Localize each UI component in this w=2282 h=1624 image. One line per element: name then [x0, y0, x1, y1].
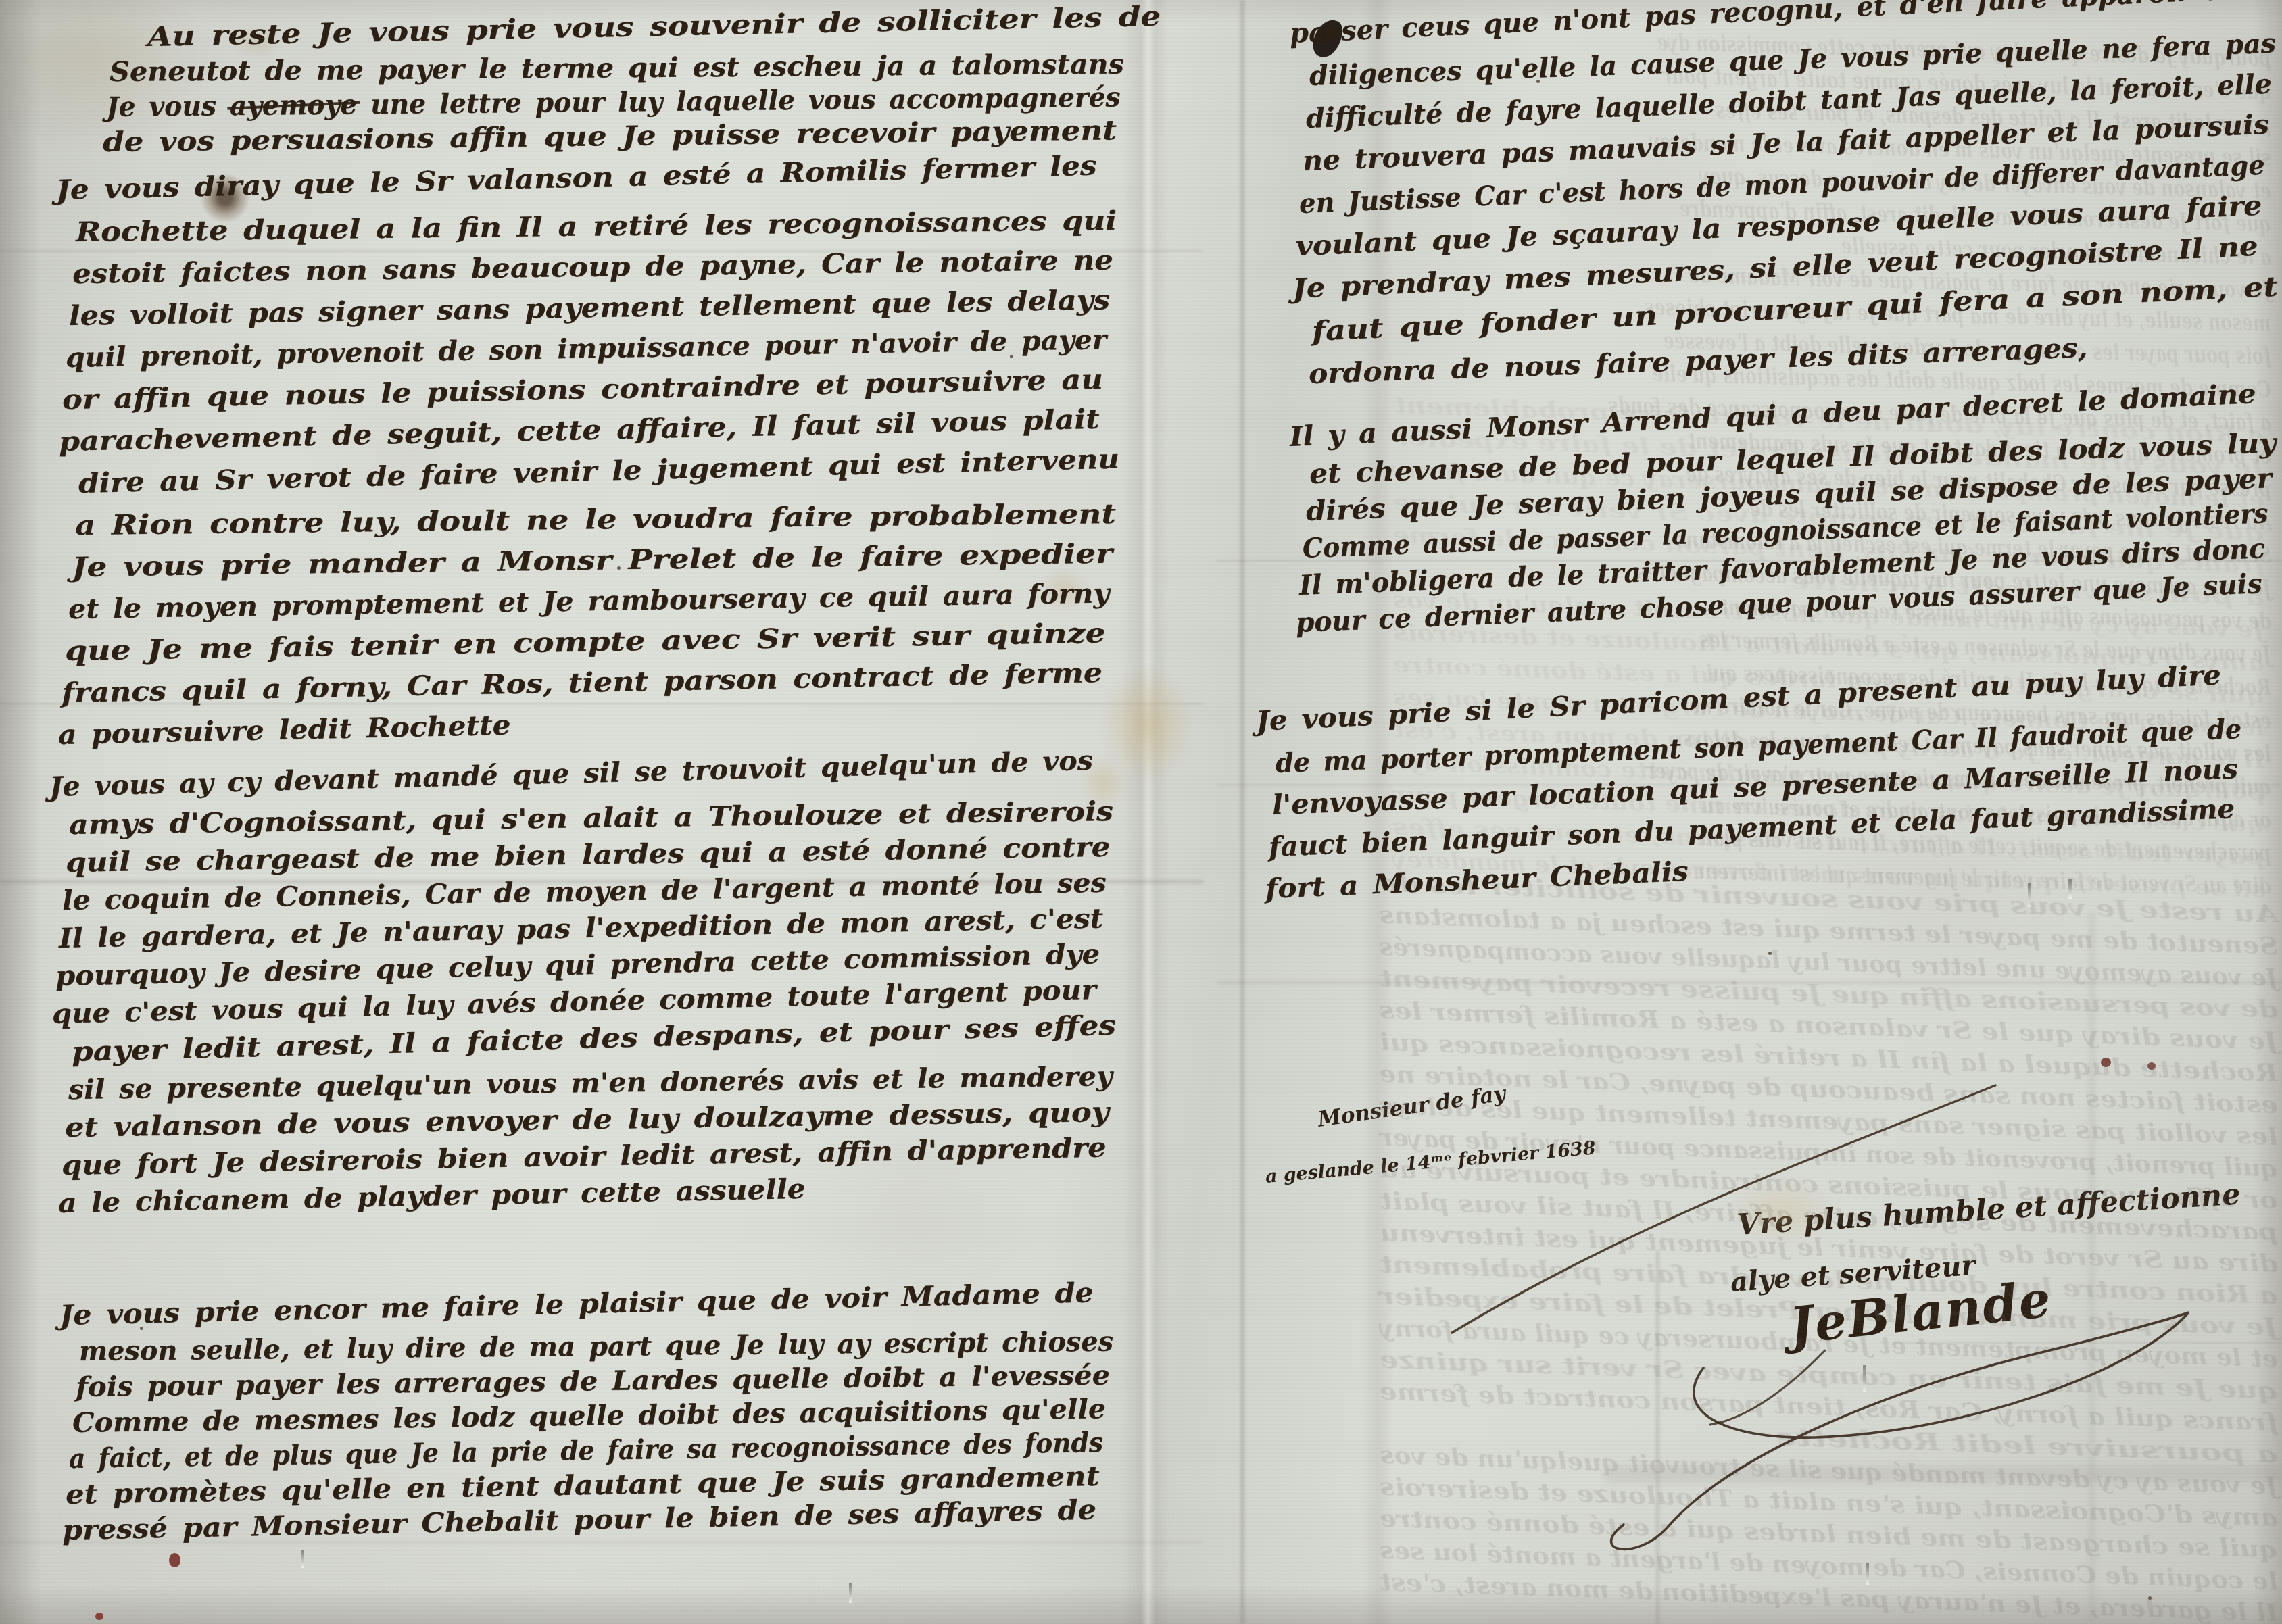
- bleedthrough-text: amys d'Cognoissant, qui s'en alait a Tho…: [1392, 621, 2265, 674]
- paper-slit: [1863, 1365, 1866, 1392]
- signature-flourish: [0, 0, 2282, 1624]
- bleedthrough-text: de vos persuasions affin que Je puisse r…: [1720, 596, 2272, 633]
- bleedthrough-text: Je vous prie mander a Monsr Prelet de le…: [1393, 426, 2265, 480]
- manuscript-line: dire au Sr verot de faire venir le jugem…: [78, 445, 1120, 497]
- manuscript-line: les volloit pas signer sans payement tel…: [69, 287, 1111, 330]
- bleedthrough-text: dire au Sr verot de faire venir le jugem…: [1693, 860, 2272, 898]
- red-ink-spot: [95, 1613, 103, 1620]
- ink-speck: [1010, 355, 1013, 358]
- fold-crease-horizontal: [0, 1541, 1203, 1544]
- paper-edge-bottom: [0, 1587, 2282, 1624]
- fold-crease-horizontal: [0, 880, 1203, 883]
- valediction-line-1: Vre plus humble et affectionne: [1737, 1181, 2241, 1240]
- manuscript-line: Comme aussi de passer la recognoissance …: [1302, 500, 2268, 562]
- manuscript-line: quil prenoit, provenoit de son impuissan…: [66, 326, 1107, 372]
- manuscript-line: ne trouvera pas mauvais si Je la fait ap…: [1302, 112, 2269, 175]
- manuscript-line: que c'est vous qui la luy avés donée com…: [52, 977, 1097, 1028]
- bleedthrough-text: pourquoy Je desire que celuy qui prendra…: [1393, 751, 2265, 804]
- bleedthrough-text: a le chicanem de playder pour cette assu…: [1841, 235, 2271, 269]
- manuscript-line: pressé par Monsieur Chebalit pour le bie…: [62, 1497, 1097, 1544]
- bleedthrough-text: et valanson de vous envoyer de luy doulz…: [1699, 165, 2271, 203]
- bleedthrough-text: que Je me fais tenir en compte avec Sr v…: [1379, 1348, 2278, 1403]
- manuscript-line: Rochette duquel a la fin Il a retiré les…: [76, 207, 1117, 246]
- ink-speck: [2148, 1596, 2152, 1600]
- fold-crease-vertical: [2089, 912, 2095, 1624]
- manuscript-line: sil se presente quelqu'un vous m'en done…: [68, 1063, 1113, 1104]
- paper-edge-top: [0, 0, 2282, 23]
- address-line: Monsieur de fay: [1317, 1083, 1507, 1131]
- fold-crease-vertical: [1656, 1250, 1659, 1624]
- bleedthrough-text: que fort Je desirerois bien avoir ledit …: [1679, 197, 2271, 236]
- manuscript-line: a Rion contre luy, doult ne le voudra fa…: [75, 501, 1116, 539]
- manuscript-line: Je vous prie encor me faire le plaisir q…: [59, 1279, 1094, 1329]
- bleedthrough-text: sil se presente quelqu'un vous m'en done…: [1650, 130, 2272, 170]
- bleedthrough-text: et promètes qu'elle en tient dautant que…: [1687, 429, 2271, 468]
- manuscript-line: et promètes qu'elle en tient dautant que…: [66, 1463, 1100, 1508]
- manuscript-line: Il le gardera, et Je n'auray pas l'exped…: [59, 905, 1104, 952]
- bleedthrough-text: le coquin de Conneis, Car de moyen de l'…: [1393, 686, 2265, 739]
- manuscript-line: Au reste Je vous prie vous souvenir de s…: [147, 3, 1161, 51]
- bleedthrough-text: francs quil a forny, Car Ros, tient pars…: [1379, 1379, 2278, 1435]
- paper-edge-left: [0, 0, 41, 1624]
- stain: [1080, 756, 1127, 810]
- bleedthrough-text: estoit faictes non sans beaucoup de payn…: [1379, 1062, 2279, 1117]
- manuscript-line: a poursuivre ledit Rochette: [58, 712, 511, 749]
- struck-word: ayemoye: [230, 89, 358, 122]
- line-text: une lettre pour luy laquelle vous accomp…: [357, 81, 1121, 120]
- bleedthrough-text: que c'est vous qui la luy avés donée com…: [1393, 783, 2265, 837]
- manuscript-line: a faict, et de plus que Je la prie de fa…: [69, 1429, 1104, 1473]
- bleedthrough-text: pressé par Monsieur Chebalit pour le bie…: [1685, 462, 2271, 501]
- ink-smudge: [200, 173, 250, 223]
- paper-slit: [1866, 1563, 1869, 1585]
- line-text: Je vous: [106, 90, 230, 123]
- bleedthrough-text: que c'est vous qui la luy avés donée com…: [1662, 64, 2271, 103]
- manuscript-line: parachevement de seguit, cette affaire, …: [59, 406, 1100, 456]
- red-ink-spot: [2147, 1062, 2156, 1070]
- manuscript-line: faut que fonder un procureur qui fera a …: [1311, 274, 2279, 345]
- bleedthrough-text: parachevement de seguit, cette affaire, …: [1698, 827, 2271, 865]
- stain: [1041, 568, 1088, 611]
- bleedthrough-text: payer ledit arest, Il a faicte des despa…: [1392, 816, 2265, 869]
- manuscript-line: de vos persuasions affin que Je puisse r…: [103, 117, 1117, 156]
- center-fold-crease: [1122, 0, 1169, 1624]
- place-date-line: a geslande le 14ᵐᵉ febvrier 1638: [1265, 1139, 1597, 1186]
- manuscript-line: Il y a aussi Monsr Arrend qui a deu par …: [1289, 380, 2256, 451]
- manuscript-line: et le moyen promptement et Je rambourser…: [68, 580, 1110, 623]
- bleedthrough-text: sil se presente quelqu'un vous m'en done…: [1392, 848, 2265, 902]
- manuscript-line: et chevanse de bed pour lequel Il doibt …: [1309, 430, 2276, 488]
- manuscript-line: pour ce dernier autre chose que pour vou…: [1295, 570, 2262, 637]
- bleedthrough-text: Je vous diray que le Sr valanson a esté …: [1699, 629, 2272, 666]
- fold-crease-horizontal: [0, 250, 1203, 252]
- paper-slit: [2068, 879, 2072, 899]
- paper-slit: [301, 1550, 304, 1568]
- bleedthrough-text: et le moyen promptement et Je rambourser…: [1392, 459, 2264, 512]
- manuscript-line: Je vous prie si le Sr paricom est a pres…: [1255, 662, 2222, 735]
- manuscript-line: payer ledit arest, Il a faicte des despa…: [71, 1012, 1116, 1066]
- bleedthrough-text: a Rion contre luy, doult ne le voudra fa…: [1393, 394, 2265, 447]
- manuscript-line: quil se chargeast de me bien lardes qui …: [66, 834, 1111, 877]
- manuscript-line: Je vous prie mander a Monsr Prelet de le…: [72, 541, 1113, 581]
- bleedthrough-text: de vos persuasions affin que Je puisse r…: [1379, 966, 2279, 1022]
- manuscript-line: Je prendray mes mesures, si elle veut re…: [1292, 233, 2258, 303]
- manuscript-line: fauct bien languir son du payement et ce…: [1268, 795, 2235, 861]
- fold-crease-horizontal: [1217, 784, 2282, 786]
- bleedthrough-text: les volloit pas signer sans payement tel…: [1379, 1093, 2279, 1149]
- ink-speck: [617, 566, 621, 570]
- bleedthrough-text: quil se chargeast de me bien lardes qui …: [1392, 654, 2265, 707]
- bleedthrough-text: Il le gardera, et Je n'auray pas l'exped…: [1379, 1570, 2279, 1624]
- bleedthrough-text: Je vous ay cy devant mandé que sil se tr…: [1392, 589, 2265, 642]
- bleedthrough-text: Comme de mesmes les lodz quelle doibt de…: [1652, 362, 2272, 401]
- manuscript-line: voulant que Je sçauray la response quell…: [1295, 193, 2262, 260]
- manuscript-line: Je vous ayemoye une lettre pour luy laqu…: [106, 84, 1121, 121]
- bleedthrough-text: Je vous ayemoye une lettre pour luy laqu…: [1636, 560, 2271, 600]
- bleedthrough-text: fois pour payer les arrerages de Lardes …: [1663, 329, 2271, 368]
- paper-slit: [849, 1583, 852, 1603]
- bleedthrough-text: estoit faictes non sans beaucoup de payn…: [1689, 694, 2271, 733]
- stain: [233, 26, 281, 58]
- signature-tail-stroke: [1710, 1350, 1825, 1425]
- bleedthrough-text: a poursuivre ledit Rochette: [1789, 570, 2265, 610]
- bleedthrough-text: meson seulle, et luy dire de ma part que…: [1645, 296, 2272, 335]
- fold-crease-horizontal: [0, 703, 1203, 705]
- manuscript-line: et valanson de vous envoyer de luy doulz…: [65, 1099, 1109, 1141]
- bleedthrough-text: Seneutot de me payer le terme qui est es…: [1676, 528, 2271, 567]
- ink-speck: [1536, 80, 1540, 83]
- fold-crease-vertical: [1362, 0, 1393, 1624]
- bleedthrough-text: payer ledit arest, Il a faicte des despa…: [1716, 99, 2272, 137]
- ink-speck: [1768, 952, 1772, 955]
- signature-underline-flourish: [1611, 1312, 2189, 1549]
- bleedthrough-text: a faict, et de plus que Je la prie de fa…: [1608, 394, 2271, 435]
- manuscript-line: amys d'Cognoissant, qui s'en alait a Tho…: [69, 798, 1113, 839]
- red-ink-spot: [169, 1553, 180, 1567]
- manuscript-line: diligences qu'elle la cause que Je vous …: [1309, 30, 2276, 90]
- manuscript-line: francs quil a forny, Car Ros, tient pars…: [62, 660, 1103, 707]
- bleedthrough-text: francs quil a forny, Car Ros, tient pars…: [1392, 524, 2264, 577]
- bleedthrough-text: quil se chargeast de me bien lardes qui …: [1379, 1506, 2278, 1562]
- manuscript-line: a le chicanem de playder pour cette assu…: [58, 1176, 806, 1217]
- fold-crease-horizontal: [1893, 1342, 2282, 1344]
- bleedthrough-text: Je vous ay cy devant mandé que sil se tr…: [1380, 1443, 2278, 1498]
- manuscript-line: que fort Je desirerois bien avoir ledit …: [62, 1135, 1107, 1179]
- manuscript-line: difficulté de fayre laquelle doibt tant …: [1305, 71, 2272, 132]
- manuscript-line: en Justisse Car c'est hors de mon pouvoi…: [1298, 152, 2265, 218]
- bleedthrough-layer: Au reste Je vous prie vous souvenir de s…: [0, 0, 2282, 1624]
- paper-slit: [2028, 883, 2031, 907]
- manuscript-line: estoit faictes non sans beaucoup de payn…: [72, 247, 1113, 288]
- bleedthrough-text: Seneutot de me payer le terme qui est es…: [1379, 903, 2278, 958]
- bleedthrough-text: amys d'Cognoissant, qui s'en alait a Tho…: [1379, 1475, 2278, 1530]
- manuscript-line: Seneutot de me payer le terme qui est es…: [110, 51, 1124, 86]
- fold-crease-horizontal: [1217, 560, 2282, 562]
- red-ink-spot: [2101, 1058, 2111, 1067]
- bleedthrough-text: le coquin de Conneis, Car de moyen de l'…: [1380, 1538, 2279, 1594]
- fold-crease-vertical: [1240, 0, 1244, 1624]
- paper-texture: [0, 0, 2282, 1624]
- manuscript-line: meson seulle, et luy dire de ma part que…: [79, 1329, 1113, 1365]
- fold-crease-horizontal: [1606, 1465, 2282, 1483]
- ink-speck: [140, 1327, 143, 1330]
- bleedthrough-text: a poursuivre ledit Rochette: [1775, 1425, 2279, 1467]
- manuscript-line: dirés que Je seray bien joyeus quil se d…: [1305, 465, 2272, 525]
- manuscript-line: Je vous diray que le Sr valanson a esté …: [56, 152, 1097, 204]
- letter-right-page: passer ceus que n'ont pas recognu, et d'…: [0, 0, 2282, 1624]
- bleedthrough-text: Il le gardera, et Je n'auray pas l'exped…: [1392, 718, 2265, 772]
- bleedthrough-text: Je vous diray que le Sr valanson a esté …: [1379, 998, 2279, 1054]
- bleedthrough-text: Au reste Je vous prie vous souvenir de s…: [1379, 871, 2278, 927]
- manuscript-line: de ma porter promptement son payement Ca…: [1275, 716, 2241, 777]
- bleedthrough-text: Je vous prie encor me faire le plaisir q…: [1688, 264, 2271, 302]
- bleedthrough-text: les volloit pas signer sans payement tel…: [1682, 727, 2271, 766]
- manuscript-line: l'envoyasse par location qui se presente…: [1271, 756, 2238, 819]
- manuscript-line: Comme de mesmes les lodz quelle doibt de…: [72, 1396, 1106, 1437]
- bleedthrough-text: or affin que nous le puissions contraind…: [1701, 794, 2272, 832]
- bleedthrough-text: Au reste Je vous prie vous souvenir de s…: [1749, 497, 2272, 534]
- fold-crease-horizontal: [1217, 981, 2282, 984]
- manuscript-line: fort a Monsheur Chebalis: [1265, 858, 1689, 903]
- letter-left-page: Au reste Je vous prie vous souvenir de s…: [0, 0, 2282, 1624]
- manuscript-line: Je vous ay cy devant mandé que sil se tr…: [49, 747, 1093, 801]
- manuscript-line: pourquoy Je desire que celuy qui prendra…: [55, 941, 1100, 990]
- manuscript-photo: Au reste Je vous prie vous souvenir de s…: [0, 0, 2282, 1624]
- paper-edge-right: [2252, 0, 2282, 1624]
- bleedthrough-text: quil prenoit, provenoit de son impuissan…: [1646, 760, 2272, 799]
- bleedthrough-text: que Je me fais tenir en compte avec Sr v…: [1392, 491, 2265, 545]
- manuscript-line: Il m'obligera de le traitter favorableme…: [1298, 535, 2265, 599]
- bleedthrough-text: Je vous ayemoye une lettre pour luy laqu…: [1379, 935, 2279, 990]
- stain: [1102, 666, 1193, 784]
- manuscript-line: ordonra de nous faire payer les dits arr…: [1308, 335, 2088, 388]
- manuscript-line: passer ceus que n'ont pas recognu, et d'…: [1289, 0, 2256, 47]
- manuscript-line: fois pour payer les arrerages de Lardes …: [76, 1362, 1110, 1401]
- bleedthrough-text: pourquoy Je desire que celuy qui prendra…: [1657, 31, 2271, 70]
- manuscript-line: or affin que nous le puissions contraind…: [62, 366, 1103, 414]
- manuscript-line: que Je me fais tenir en compte avec Sr v…: [65, 620, 1106, 665]
- stain: [0, 0, 216, 149]
- bleedthrough-text: Rochette duquel a la fin Il a retiré les…: [1379, 1030, 2278, 1085]
- manuscript-line: le coquin de Conneis, Car de moyen de l'…: [62, 870, 1107, 914]
- bleedthrough-text: Rochette duquel a la fin Il a retiré les…: [1706, 662, 2272, 699]
- ink-blot: [1309, 16, 1346, 61]
